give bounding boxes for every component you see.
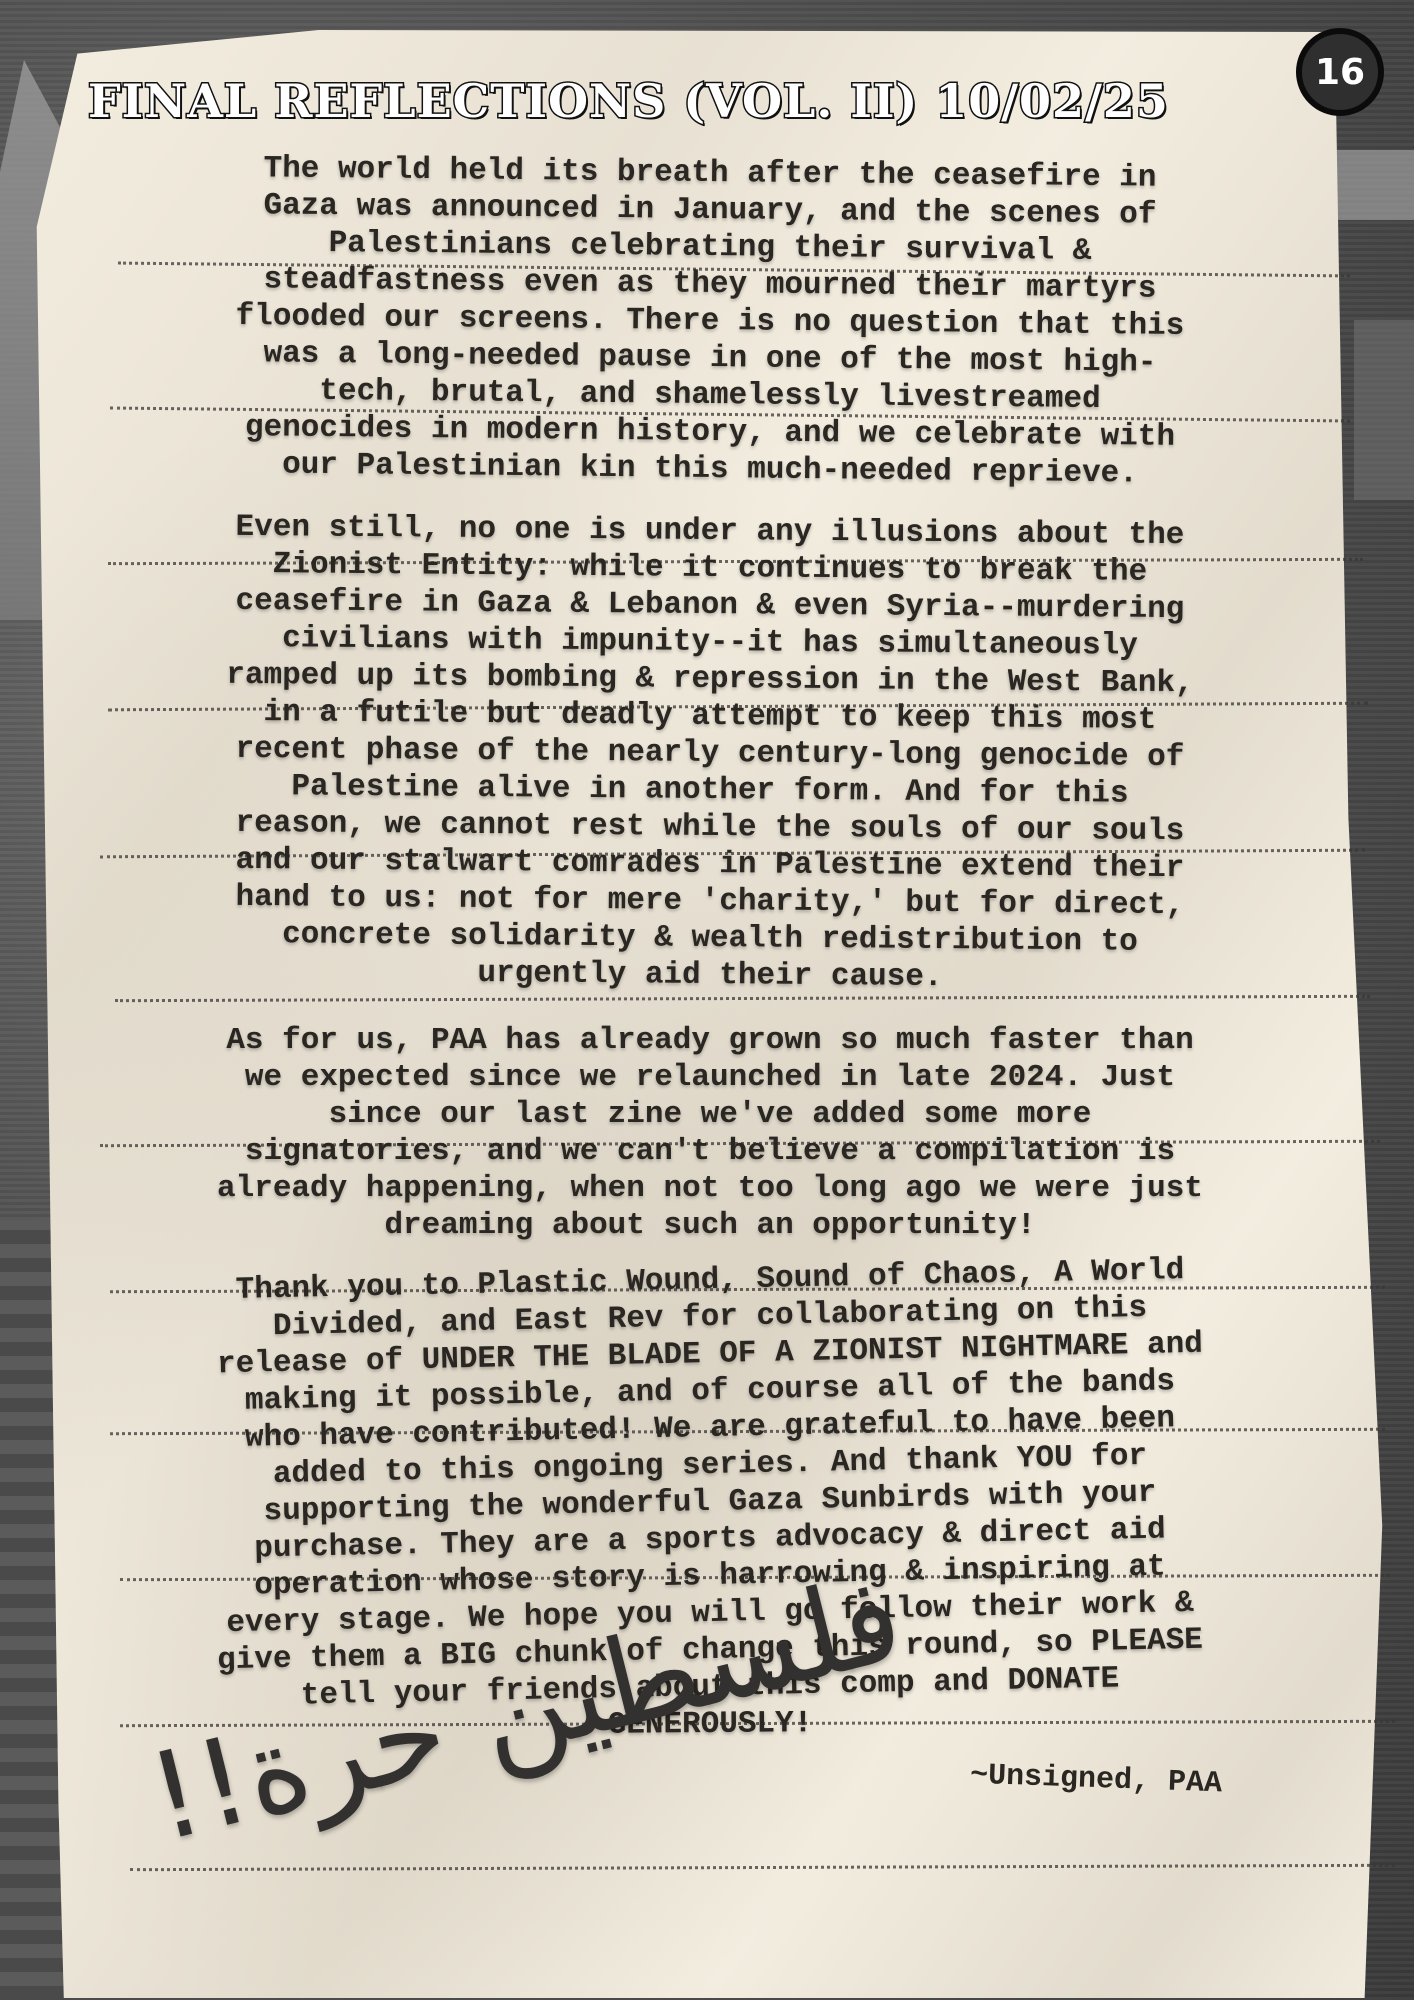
text-line: As for us, PAA has already grown so much… [60, 1022, 1360, 1059]
text-line: we expected since we relaunched in late … [60, 1059, 1360, 1096]
page-number: 16 [1315, 52, 1365, 93]
text-line: already happening, when not too long ago… [60, 1170, 1360, 1207]
text-line: dreaming about such an opportunity! [60, 1207, 1360, 1244]
text-line: since our last zine we've added some mor… [60, 1096, 1360, 1133]
paragraph-zionist-entity: Even still, no one is under any illusion… [60, 513, 1360, 994]
page-number-badge: 16 [1296, 28, 1384, 116]
page-title: FINAL REFLECTIONS (VOL. II) 10/02/25 [88, 74, 1169, 128]
text-line: signatories, and we can't believe a comp… [60, 1133, 1360, 1170]
paragraph-paa-growth: As for us, PAA has already grown so much… [60, 1022, 1360, 1244]
background-band [1354, 320, 1414, 500]
paragraph-ceasefire: The world held its breath after the ceas… [60, 155, 1360, 488]
